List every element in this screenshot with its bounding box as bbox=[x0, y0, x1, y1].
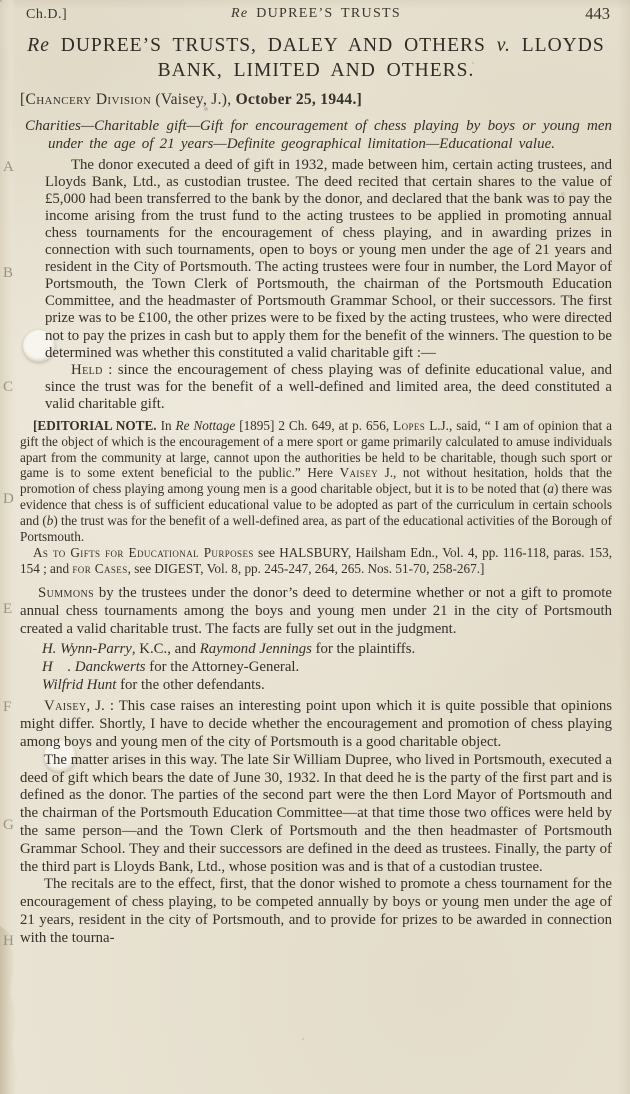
counsel-attorney-general: H . Danckwerts for the Attorney-General. bbox=[42, 658, 612, 676]
judgment-para-3: The recitals are to the effect, first, t… bbox=[20, 876, 612, 947]
headnote-summary: The donor executed a deed of gift in 193… bbox=[45, 157, 612, 362]
judgment: Vaisey, J. : This case raises an interes… bbox=[20, 698, 612, 947]
judgment-para-1: Vaisey, J. : This case raises an interes… bbox=[20, 698, 612, 751]
page-number: 443 bbox=[585, 4, 610, 24]
running-header-case-name: Re DUPREE’S TRUSTS bbox=[231, 6, 401, 22]
summons-paragraph: Summons by the trustees under the donor’… bbox=[20, 585, 612, 638]
editorial-note: [EDITORIAL NOTE. In Re Nottage [1895] 2 … bbox=[20, 418, 612, 544]
cross-reference-note: As to Gifts for Educational Purposes see… bbox=[20, 545, 612, 577]
catchwords: Charities—Charitable gift—Gift for encou… bbox=[20, 117, 612, 154]
running-header-court-abbrev: Ch.D.] bbox=[26, 7, 67, 23]
case-title-line-1: Re DUPREE’S TRUSTS, DALEY AND OTHERS v. … bbox=[20, 34, 612, 59]
case-title-line-2: BANK, LIMITED AND OTHERS. bbox=[20, 59, 612, 84]
page-corner-tear bbox=[0, 926, 20, 1094]
scanned-page: ABCDEFGH Ch.D.] Re DUPREE’S TRUSTS 443 R… bbox=[0, 0, 630, 1094]
headnote-held: Held : since the encouragement of chess … bbox=[45, 362, 612, 413]
court-and-date-line: [Chancery Division (Vaisey, J.), October… bbox=[20, 91, 612, 109]
page-content: Ch.D.] Re DUPREE’S TRUSTS 443 Re DUPREE’… bbox=[20, 6, 612, 948]
running-header: Ch.D.] Re DUPREE’S TRUSTS 443 bbox=[20, 6, 612, 24]
counsel-other-defendants: Wilfrid Hunt for the other defendants. bbox=[42, 676, 612, 694]
judgment-para-2: The matter arises in this way. The late … bbox=[20, 752, 612, 877]
scan-speckles bbox=[0, 0, 2, 2]
counsel-plaintiffs: H. Wynn-Parry, K.C., and Raymond Jenning… bbox=[42, 640, 612, 658]
headnote: The donor executed a deed of gift in 193… bbox=[45, 157, 612, 413]
case-title: Re DUPREE’S TRUSTS, DALEY AND OTHERS v. … bbox=[20, 34, 612, 83]
counsel-list: H. Wynn-Parry, K.C., and Raymond Jenning… bbox=[42, 640, 612, 694]
